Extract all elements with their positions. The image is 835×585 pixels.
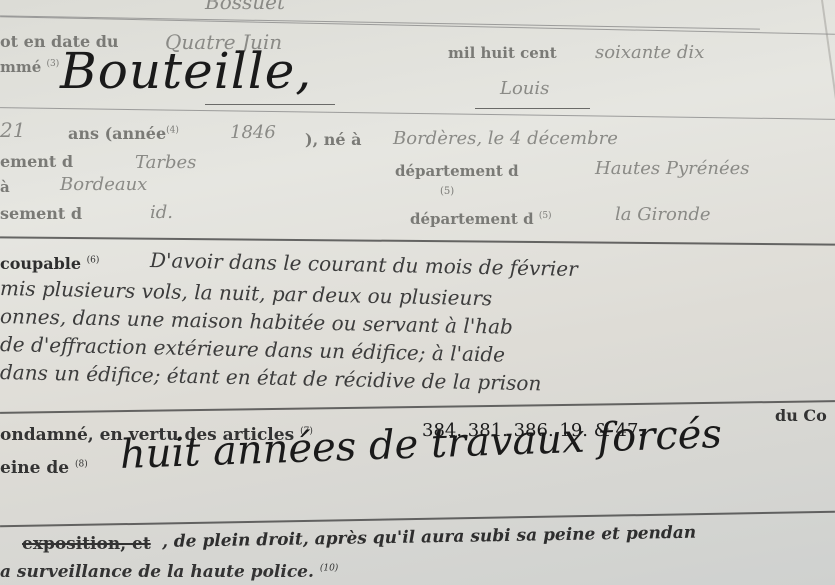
footer-line-2: a surveillance de la haute police. (10) (0, 562, 338, 582)
underline (475, 108, 590, 109)
name-label: mmé (3) (0, 58, 59, 76)
arrondissement-res-label: sement d (0, 204, 82, 223)
penalty-value: huit années de travaux forcés (119, 411, 722, 478)
penalty-label: eine de (8) (0, 458, 88, 478)
divider (0, 236, 835, 245)
divider (0, 16, 835, 34)
department-label: département d (395, 162, 519, 180)
divider (0, 511, 835, 528)
department-res-value: la Gironde (615, 204, 711, 225)
top-fragment: Bossuet (205, 0, 285, 14)
residence-label: à (0, 178, 10, 196)
date-suffix-value: soixante dix (595, 42, 704, 63)
birth-year: 1846 (230, 122, 276, 143)
born-at-label: ), né à (305, 130, 361, 149)
arrondissement-res-value: id. (150, 202, 173, 223)
given-name: Louis (500, 78, 549, 99)
arrondissement-label: ement d (0, 152, 73, 171)
underline (205, 104, 335, 105)
page-edge (821, 0, 835, 119)
register-page: Bossuet ot en date du Quatre Juin mil hu… (0, 0, 835, 585)
divider (0, 15, 760, 29)
code-label: du Co (775, 406, 827, 425)
surname: Bouteille, (60, 42, 312, 100)
department-value: Hautes Pyrénées (595, 158, 750, 179)
residence-value: Bordeaux (60, 174, 147, 195)
arrondissement-value: Tarbes (135, 152, 196, 173)
age-label: ans (année(4) (68, 124, 179, 143)
crime-label: coupable (6) (0, 254, 99, 273)
footer-line-1: , de plein droit, après qu'il aura subi … (162, 523, 697, 552)
struck-text: exposition, et (22, 534, 151, 554)
birthplace: Bordères, le 4 décembre (393, 128, 618, 149)
crime-line-1: D'avoir dans le courant du mois de févri… (150, 248, 578, 281)
department-res-label: département d (5) (410, 210, 552, 228)
divider (0, 107, 835, 120)
residence-note: (5) (440, 186, 454, 197)
age-value: 21 (0, 118, 25, 142)
date-suffix: mil huit cent (448, 44, 557, 62)
